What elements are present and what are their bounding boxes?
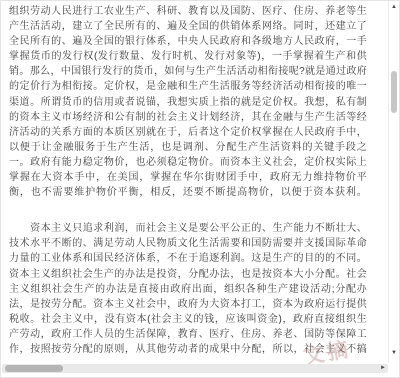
text-line: 掌握在大资本手中，在美国，掌握在华尔街财团手中，政府无力维持物价平	[9, 170, 367, 185]
text-line: 销。那么，中国银行发行的货币，如何与生产生活活动相衔接呢?就是通过政府	[9, 64, 367, 79]
text-line: 一。政府有能力稳定物价，也必须稳定物价。而资本主义社会，定价权实际上	[9, 155, 367, 170]
text-line: 作，按照按劳分配的原则，从其他劳动者的成果中分配，所以，社会主义不搞	[9, 342, 367, 357]
scroll-down-icon[interactable]: ▼	[389, 349, 399, 357]
text-line: 产生活活动，建立了全民所有的、遍及全国的供销体系网络。同时，还建立了	[9, 19, 367, 34]
text-line: 税收。社会主义中，没有资本(社会主义的钱，应该叫资金)，政府直接组织生	[9, 312, 367, 327]
text-line: 组织劳动人民进行工农业生产、科研、教育以及国防、医疗、住房、养老等生	[9, 4, 367, 19]
scroll-up-icon[interactable]: ▲	[389, 3, 399, 11]
horizontal-scrollbar-thumb[interactable]	[5, 365, 63, 372]
text-line: 渠道。所谓货币的信用或者说锚，我想实质上指的就是定价权。我想，私有制	[9, 95, 367, 110]
text-line: 产劳动，政府工作人员的生活保障，教育、医疗、住房、养老、国防等保障工	[9, 327, 367, 342]
text-line: 的定价行为相衔接。定价权，是金融和生产生活服务等经济活动相衔接的唯一	[9, 79, 367, 94]
text-line: 法，是按劳分配。资本主义社会中，政府为大资本打工，资本为政府运行提供	[9, 297, 367, 312]
vertical-scrollbar[interactable]: ▲ ▼	[388, 1, 399, 363]
text-line: 资本主义只追求利润，而社会主义是要公平公正的、生产能力不断壮大、	[9, 221, 367, 236]
paragraph-1: 组织劳动人民进行工农业生产、科研、教育以及国防、医疗、住房、养老等生产生活活动，…	[9, 4, 367, 200]
text-line: 主义组织社会生产的办法是直接由政府出面，组织各种生产建设活动;分配办	[9, 282, 367, 297]
text-line: 衡，也不需要维护物价平衡，相反，还要不断提高物价，以便于资本获利。	[9, 185, 367, 200]
scroll-right-icon[interactable]: ►	[380, 364, 386, 373]
text-line: 济活动的关系方面的本质区别就在于，后者这个定价权掌握在人民政府手中，	[9, 125, 367, 140]
text-line: 全民所有的、遍及全国的银行体系，中央人民政府和各级地方人民政府，一手	[9, 34, 367, 49]
text-line: 以便于让金融服务于生产生活，也是调剂、分配生产生活资料的关键手段之	[9, 140, 367, 155]
text-line: 的资本主义市场经济和公有制的社会主义计划经济，其在金融与生产生活等经	[9, 110, 367, 125]
vertical-scrollbar-thumb[interactable]	[391, 71, 397, 113]
text-line: 掌握货币的发行权(发行数量、发行时机、发行对象等)，一手掌握着生产和供	[9, 49, 367, 64]
text-line: 资本主义组织社会生产的办法是投资，分配办法，也是按资本大小分配。社会	[9, 267, 367, 282]
text-line: 技术水平不断的、满足劳动人民物质文化生活需要和国防需要并支援国际革命	[9, 236, 367, 251]
document-pane: 组织劳动人民进行工农业生产、科研、教育以及国防、医疗、住房、养老等生产生活活动，…	[0, 0, 400, 378]
horizontal-scrollbar[interactable]: ►	[2, 364, 388, 373]
text-line: 力量的工业体系和国民经济体系，不在于追逐利润。这是生产的目的的不同。	[9, 251, 367, 266]
article-text: 组织劳动人民进行工农业生产、科研、教育以及国防、医疗、住房、养老等生产生活活动，…	[9, 4, 367, 357]
paragraph-2: 资本主义只追求利润，而社会主义是要公平公正的、生产能力不断壮大、技术水平不断的、…	[9, 221, 367, 357]
